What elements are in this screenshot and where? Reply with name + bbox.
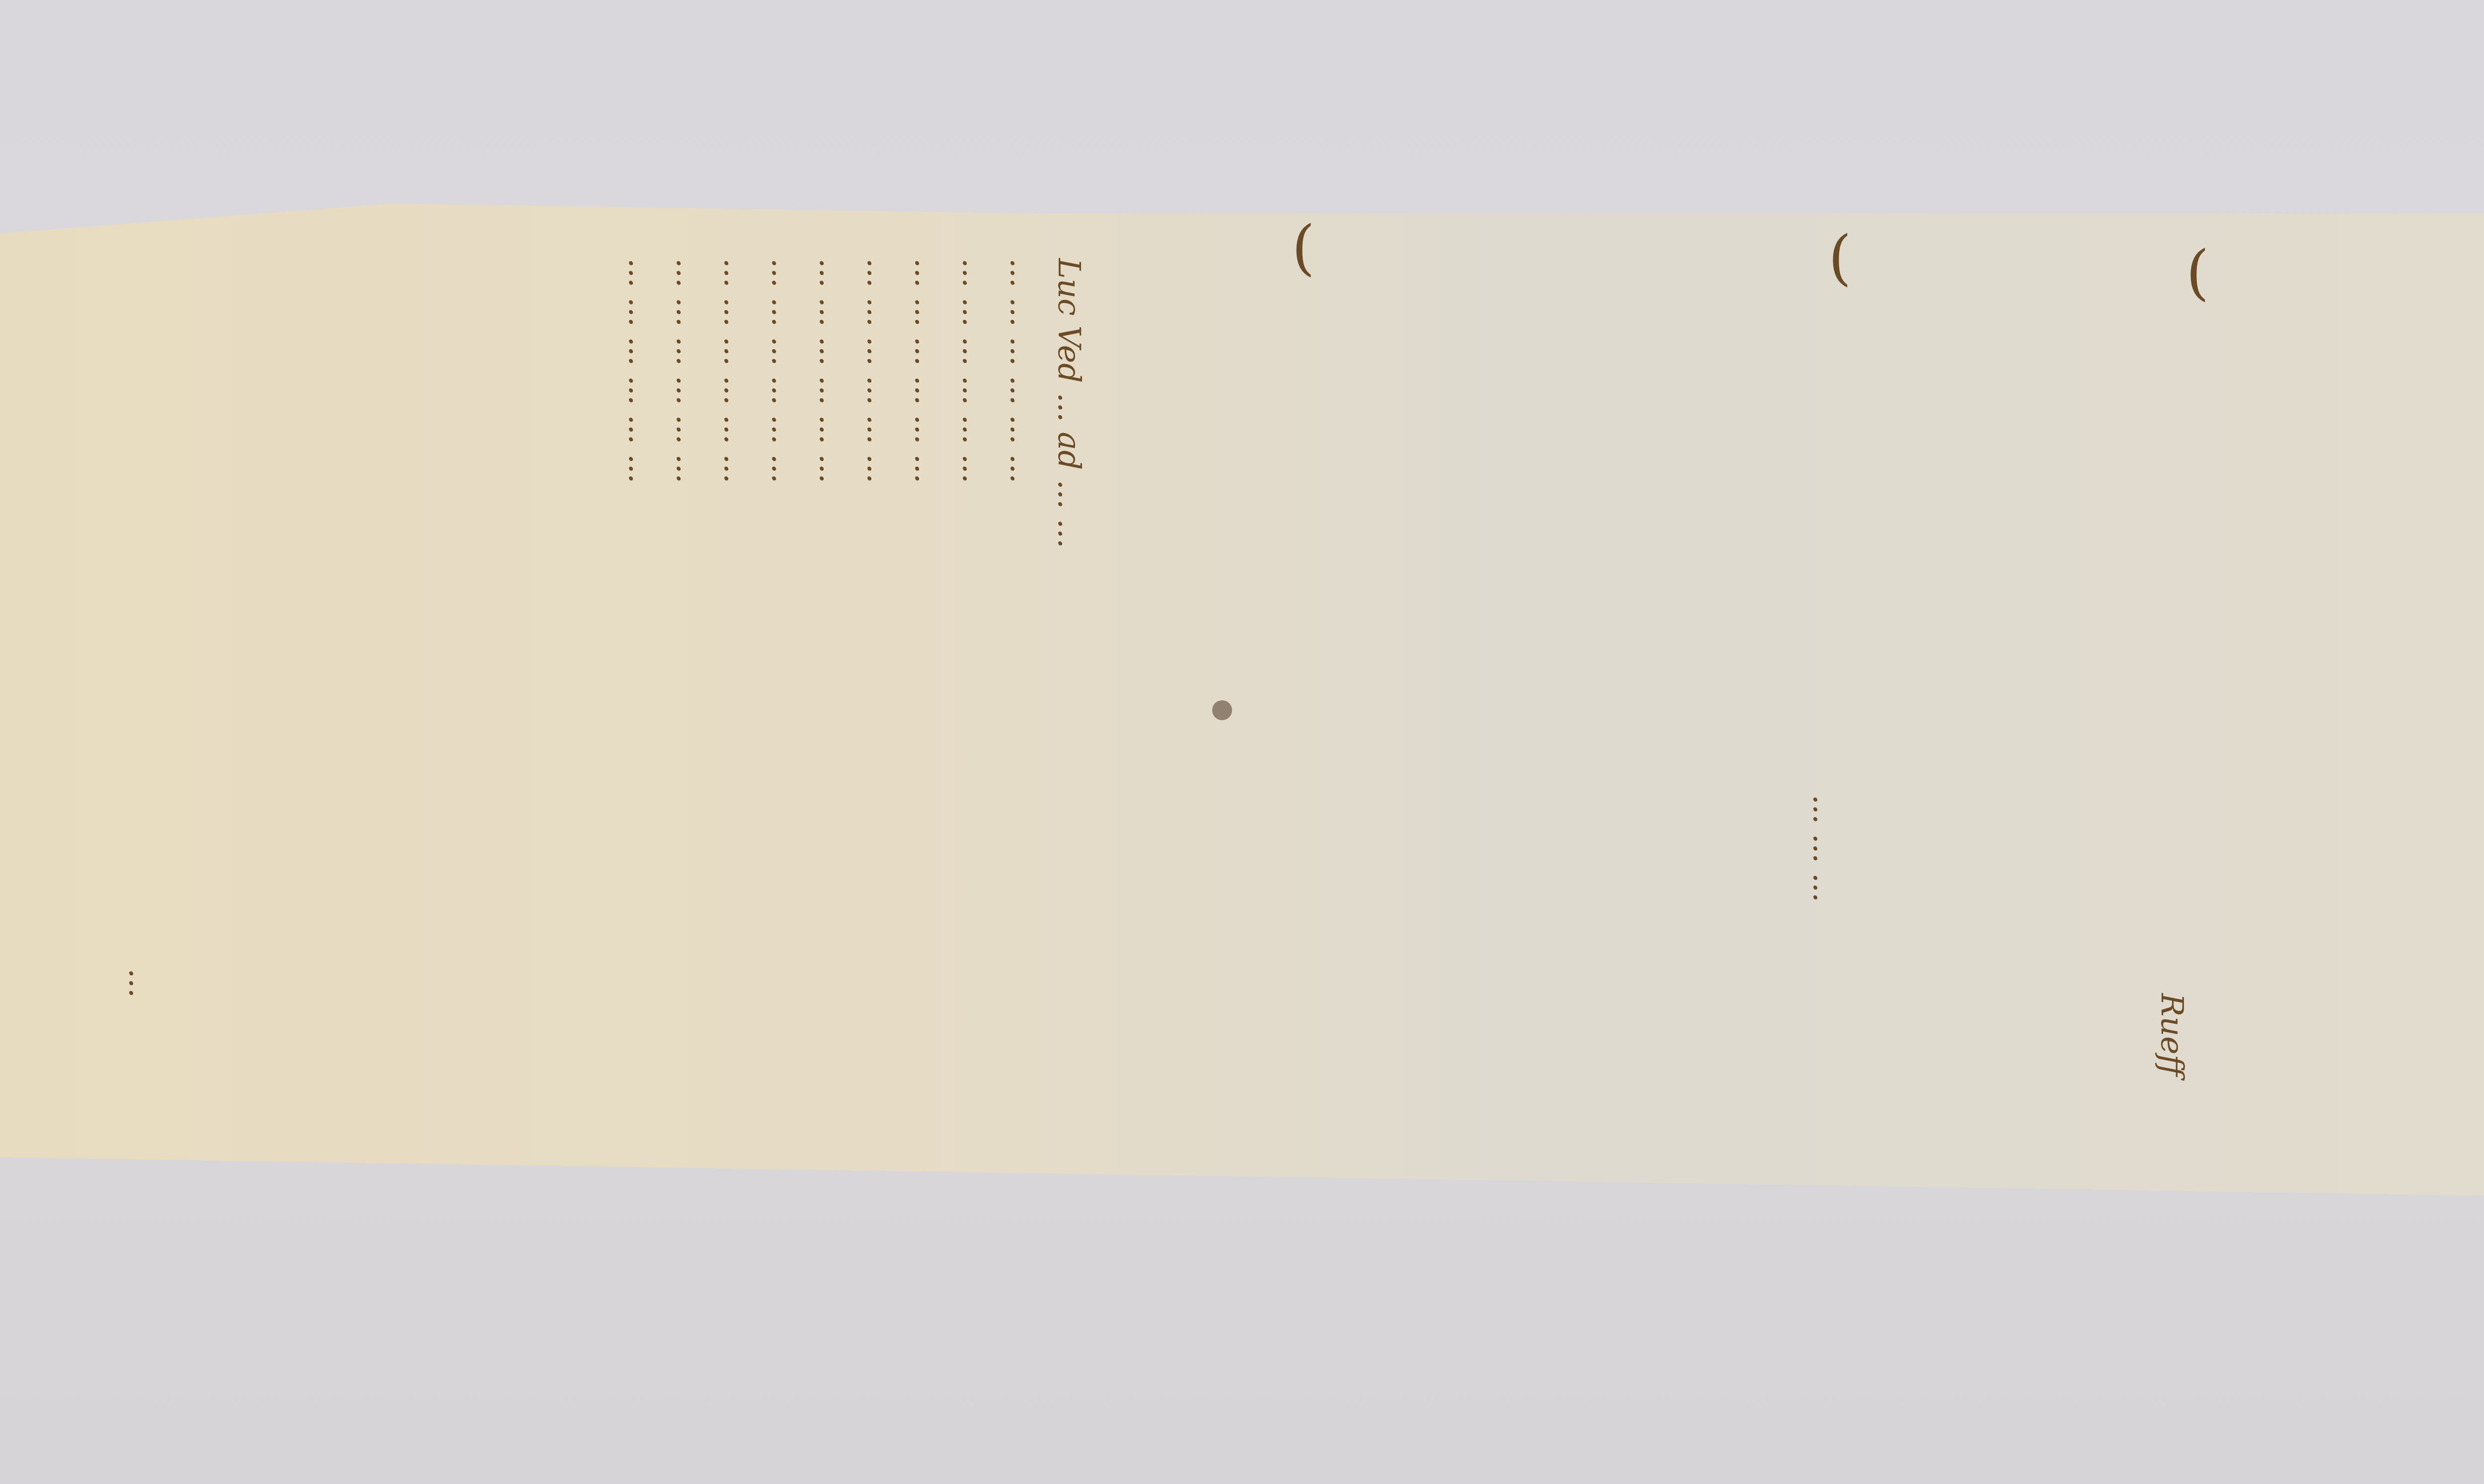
text-line: ... ... ... ... ... ... [759, 258, 807, 548]
bracket-mark-icon: ( [2186, 238, 2209, 307]
ink-spot [1212, 700, 1232, 720]
bracket-mark-icon: ( [1292, 214, 1315, 283]
signature-left: ... [116, 968, 164, 998]
text-line: ... ... ... ... ... ... [616, 258, 664, 548]
text-line: ... ... ... ... ... ... [854, 258, 902, 548]
text-line: ... ... ... ... ... ... [902, 258, 950, 548]
text-line: ... ... ... ... ... ... [998, 258, 1045, 548]
bracket-mark-icon: ( [1828, 223, 1852, 293]
manuscript-paper [0, 204, 2484, 1197]
text-line: ... ... ... ... ... ... [664, 258, 711, 548]
margin-note-1: ... ... ... [1800, 795, 1848, 902]
main-text-block: Luc Ved ... ad ... ... ... ... ... ... .… [616, 258, 1093, 548]
text-line: ... ... ... ... ... ... [711, 258, 759, 548]
text-line: Luc Ved ... ad ... ... [1045, 258, 1093, 548]
text-line: ... ... ... ... ... ... [807, 258, 854, 548]
text-line: ... ... ... ... ... ... [950, 258, 998, 548]
margin-note-2: Rueff [2148, 993, 2196, 1076]
